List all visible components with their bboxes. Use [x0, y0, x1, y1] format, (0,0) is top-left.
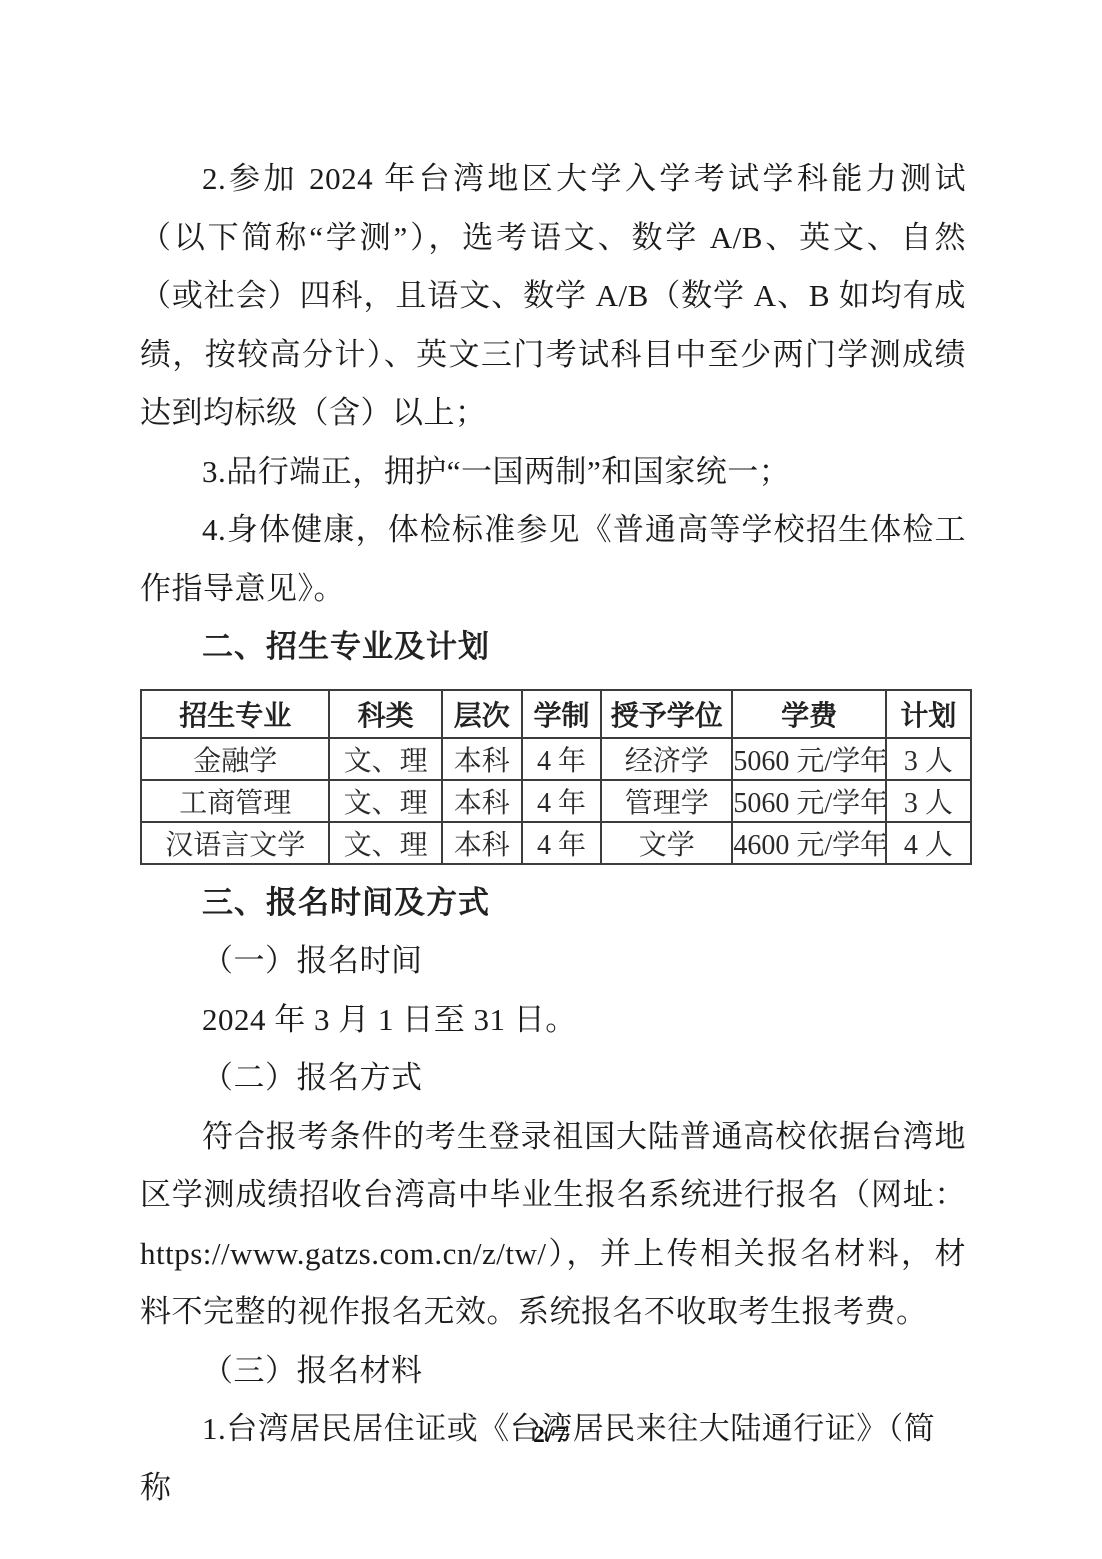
table-row-finance: 金融学 文、理 本科 4 年 经济学 5060 元/学年 3 人 — [141, 738, 971, 780]
table-cell-duration: 4 年 — [522, 822, 601, 864]
table-cell-major: 工商管理 — [141, 780, 329, 822]
paragraph-materials-item1: 1.台湾居民居住证或《台湾居民来往大陆通行证》（简称 — [140, 1400, 966, 1517]
table-cell-plan: 3 人 — [886, 738, 971, 780]
table-header-plan: 计划 — [886, 690, 971, 738]
table-header-major: 招生专业 — [141, 690, 329, 738]
table-cell-subject-category: 文、理 — [329, 738, 441, 780]
table-cell-subject-category: 文、理 — [329, 822, 441, 864]
table-cell-duration: 4 年 — [522, 738, 601, 780]
table-cell-degree: 管理学 — [601, 780, 732, 822]
paragraph-registration-method: 符合报考条件的考生登录祖国大陆普通高校依据台湾地区学测成绩招收台湾高中毕业生报名… — [140, 1108, 966, 1342]
sub-heading-registration-method: （二）报名方式 — [140, 1049, 966, 1108]
table-header-degree: 授予学位 — [601, 690, 732, 738]
document-content: 2.参加 2024 年台湾地区大学入学考试学科能力测试（以下简称“学测”），选考… — [140, 150, 966, 1517]
table-cell-major: 汉语言文学 — [141, 822, 329, 864]
table-cell-major: 金融学 — [141, 738, 329, 780]
sub-heading-registration-time: （一）报名时间 — [140, 932, 966, 991]
table-row-business-admin: 工商管理 文、理 本科 4 年 管理学 5060 元/学年 3 人 — [141, 780, 971, 822]
table-cell-duration: 4 年 — [522, 780, 601, 822]
page-number: 2/7 — [0, 1422, 1102, 1448]
table-header-subject-category: 科类 — [329, 690, 441, 738]
table-cell-subject-category: 文、理 — [329, 780, 441, 822]
table-cell-plan: 4 人 — [886, 822, 971, 864]
paragraph-registration-time: 2024 年 3 月 1 日至 31 日。 — [140, 991, 966, 1050]
table-cell-degree: 文学 — [601, 822, 732, 864]
majors-plan-table: 招生专业 科类 层次 学制 授予学位 学费 计划 金融学 文、理 本科 4 年 … — [140, 689, 972, 865]
table-header-level: 层次 — [442, 690, 522, 738]
table-cell-tuition: 4600 元/学年 — [732, 822, 885, 864]
table-header-tuition: 学费 — [732, 690, 885, 738]
section-heading-majors-plan: 二、招生专业及计划 — [140, 618, 966, 677]
paragraph-health-requirement: 4.身体健康，体检标准参见《普通高等学校招生体检工作指导意见》。 — [140, 501, 966, 618]
table-cell-level: 本科 — [442, 822, 522, 864]
sub-heading-registration-materials: （三）报名材料 — [140, 1342, 966, 1401]
paragraph-conduct-requirement: 3.品行端正，拥护“一国两制”和国家统一； — [140, 443, 966, 502]
table-cell-level: 本科 — [442, 780, 522, 822]
table-row-chinese-language: 汉语言文学 文、理 本科 4 年 文学 4600 元/学年 4 人 — [141, 822, 971, 864]
table-cell-plan: 3 人 — [886, 780, 971, 822]
table-header-duration: 学制 — [522, 690, 601, 738]
paragraph-admission-test-requirement: 2.参加 2024 年台湾地区大学入学考试学科能力测试（以下简称“学测”），选考… — [140, 150, 966, 443]
table-header-row: 招生专业 科类 层次 学制 授予学位 学费 计划 — [141, 690, 971, 738]
table-cell-tuition: 5060 元/学年 — [732, 738, 885, 780]
section-heading-registration: 三、报名时间及方式 — [140, 874, 966, 933]
document-page: 2.参加 2024 年台湾地区大学入学考试学科能力测试（以下简称“学测”），选考… — [0, 0, 1102, 1559]
table-cell-degree: 经济学 — [601, 738, 732, 780]
table-cell-level: 本科 — [442, 738, 522, 780]
table-cell-tuition: 5060 元/学年 — [732, 780, 885, 822]
